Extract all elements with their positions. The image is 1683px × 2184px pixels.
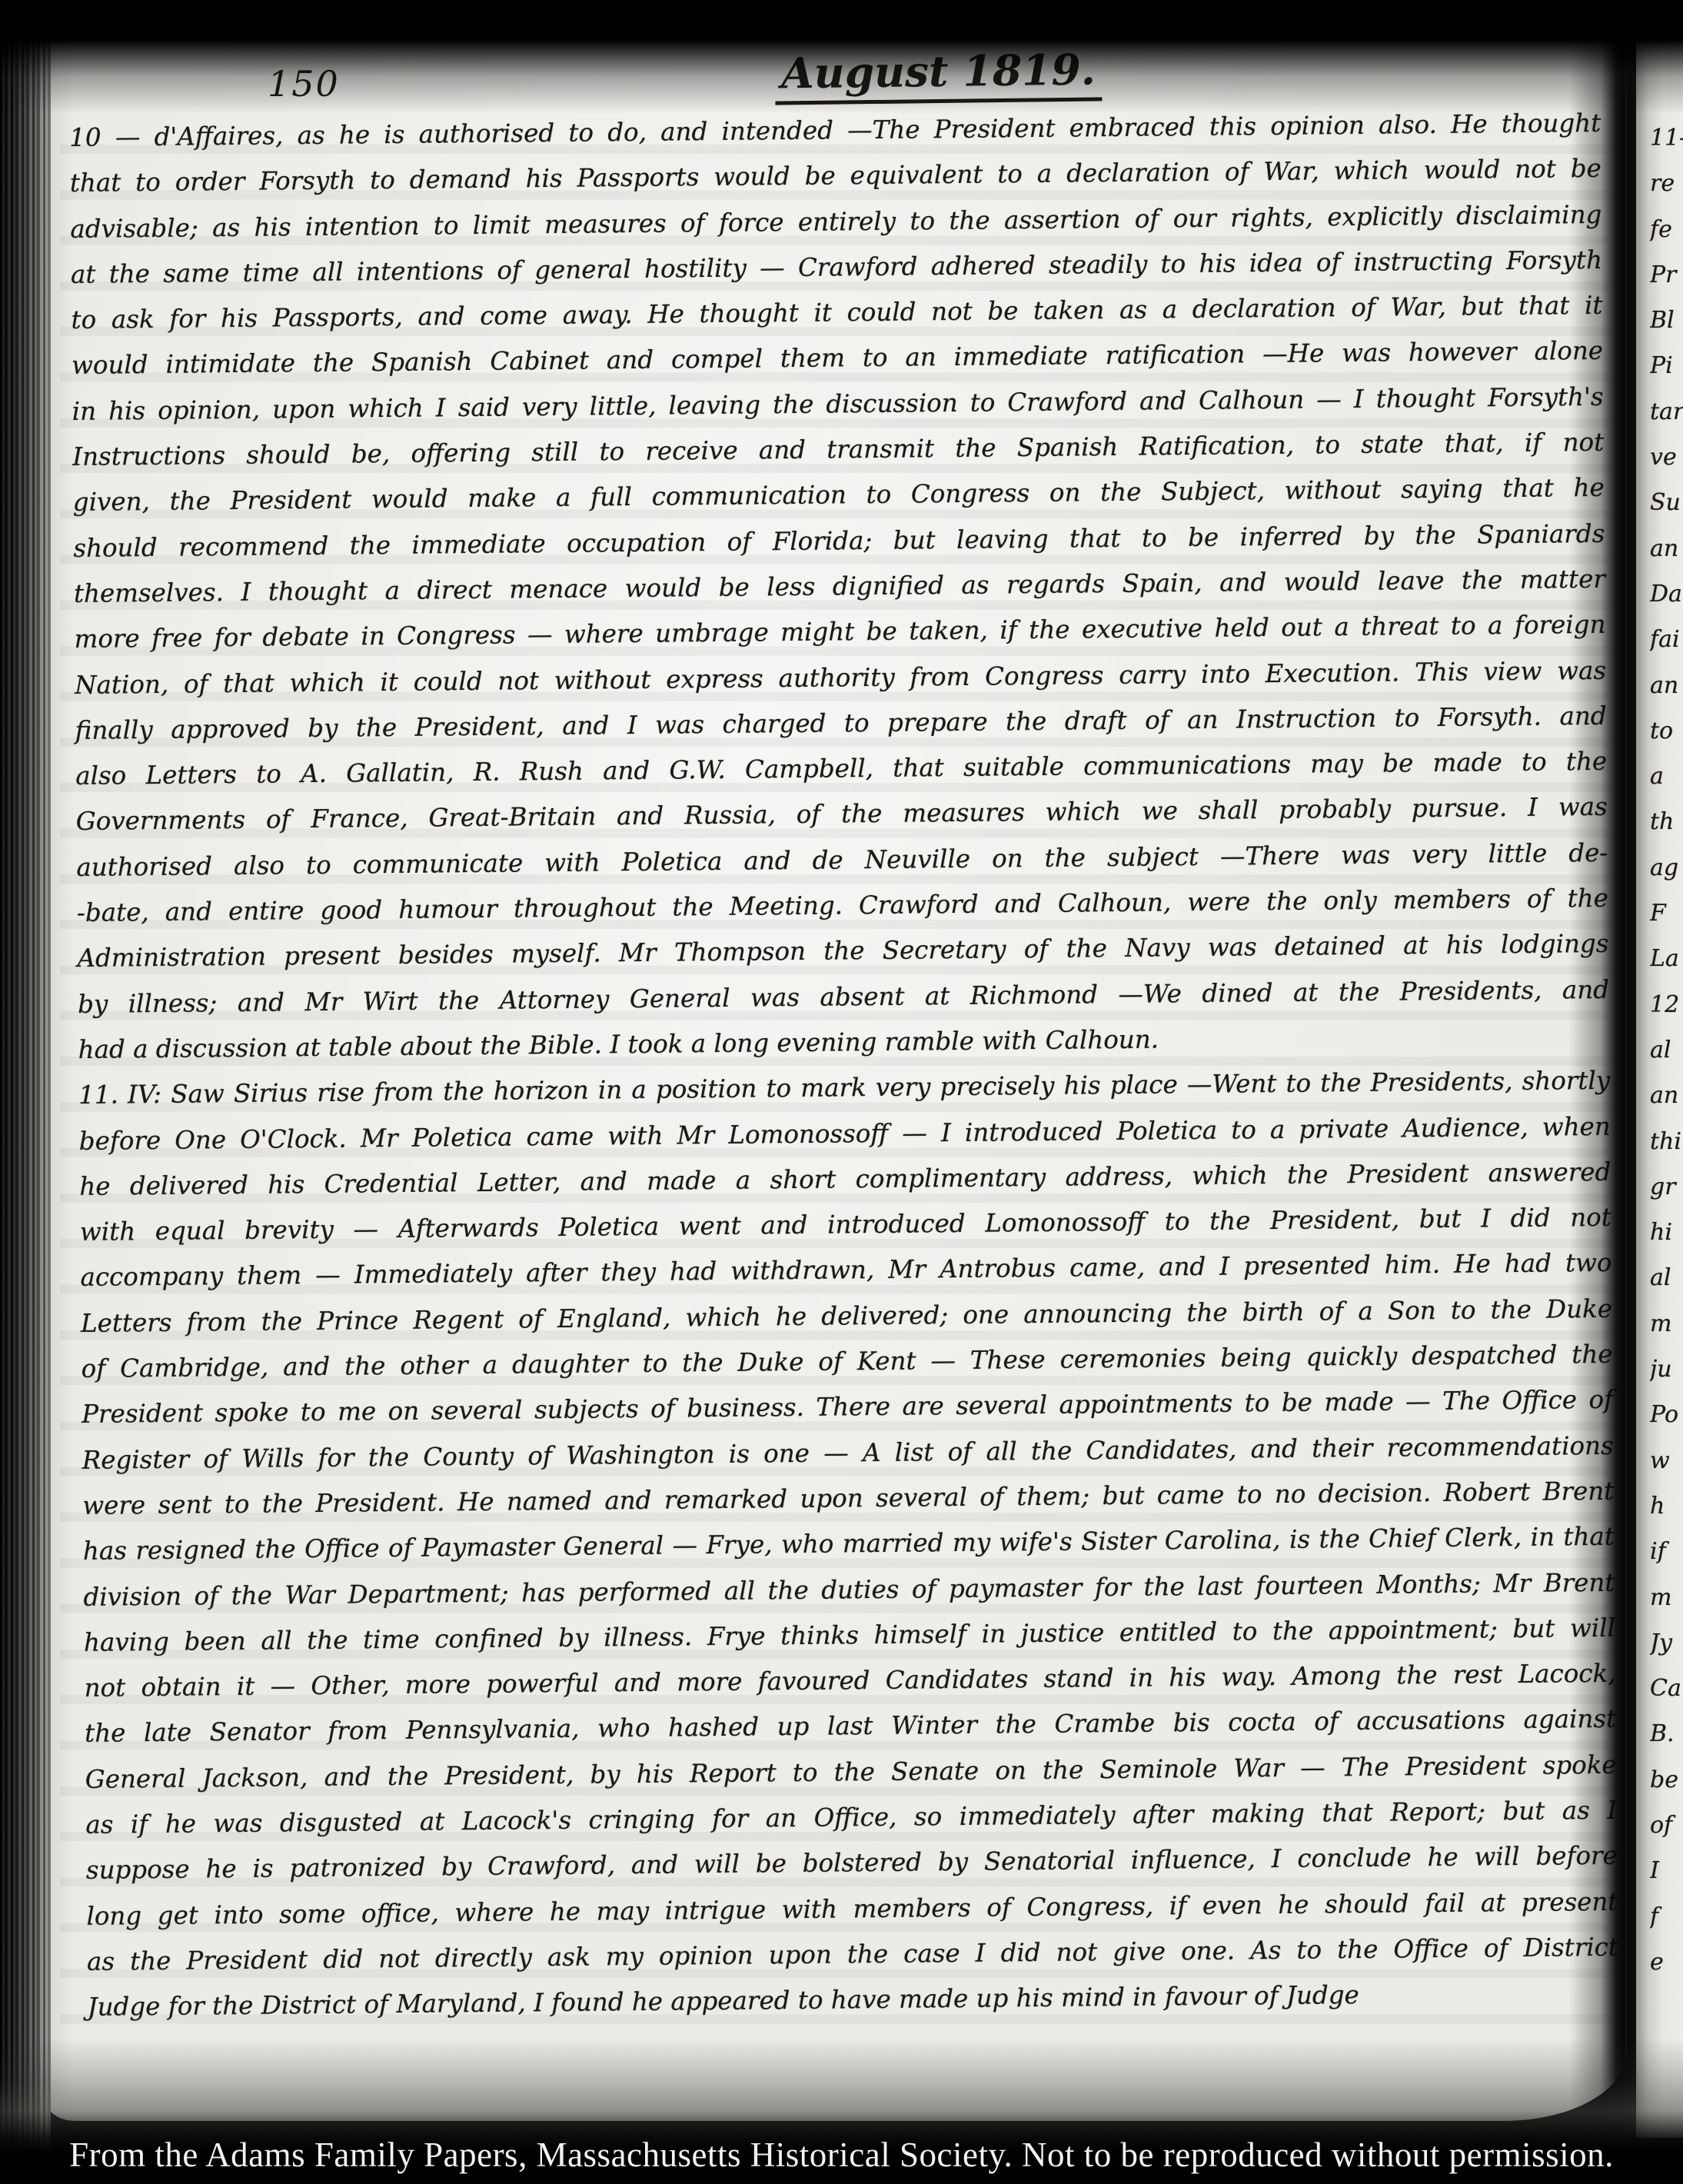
text-fragment: w: [1650, 1438, 1683, 1483]
text-fragment: to: [1650, 708, 1683, 754]
text-fragment: Po: [1650, 1392, 1683, 1437]
text-fragment: m: [1650, 1301, 1683, 1347]
text-fragment: m: [1650, 1575, 1683, 1620]
text-fragment: gr: [1650, 1164, 1683, 1210]
text-fragment: h: [1650, 1483, 1683, 1529]
text-fragment: tar: [1650, 389, 1683, 434]
text-fragment: ju: [1650, 1347, 1683, 1392]
text-fragment: F: [1650, 891, 1683, 936]
text-fragment: an: [1650, 526, 1683, 571]
text-fragment: e: [1650, 1939, 1683, 1985]
text-fragment: Bl: [1650, 298, 1683, 343]
text-fragment: a: [1650, 754, 1683, 799]
text-fragment: re: [1650, 161, 1683, 206]
text-fragment: f: [1650, 1894, 1683, 1939]
text-fragment: B.: [1650, 1711, 1683, 1756]
text-fragment: fai: [1650, 617, 1683, 662]
text-fragment: thi: [1650, 1119, 1683, 1164]
text-fragment: fe: [1650, 207, 1683, 252]
text-fragment: Pi: [1650, 343, 1683, 388]
text-fragment: 11-: [1650, 115, 1683, 161]
facing-page-text-fragments: 11-refePrBlPitarveSuanDafaiantoathagFLa1…: [1650, 115, 1683, 2030]
text-fragment: Su: [1650, 480, 1683, 525]
facing-page-edge: 11-refePrBlPitarveSuanDafaiantoathagFLa1…: [1636, 0, 1683, 2138]
text-fragment: I: [1650, 1848, 1683, 1893]
text-fragment: th: [1650, 799, 1683, 844]
text-fragment: of: [1650, 1803, 1683, 1848]
manuscript-page: 150 August 1819. 10 — d'Affaires, as he …: [45, 0, 1627, 2121]
book-binding-edge: [0, 0, 51, 2153]
text-fragment: if: [1650, 1529, 1683, 1574]
text-fragment: hi: [1650, 1210, 1683, 1255]
text-fragment: al: [1650, 1255, 1683, 1300]
text-fragment: an: [1650, 663, 1683, 708]
text-fragment: 12: [1650, 982, 1683, 1027]
text-fragment: Ca: [1650, 1666, 1683, 1711]
text-fragment: ve: [1650, 434, 1683, 480]
text-fragment: an: [1650, 1073, 1683, 1118]
archive-credit-line: From the Adams Family Papers, Massachuse…: [0, 2135, 1683, 2175]
text-fragment: Jy: [1650, 1620, 1683, 1666]
manuscript-scan: 150 August 1819. 10 — d'Affaires, as he …: [0, 0, 1683, 2184]
text-fragment: La: [1650, 936, 1683, 981]
diary-text: 10 — d'Affaires, as he is authorised to …: [69, 101, 1619, 2030]
text-fragment: ag: [1650, 845, 1683, 891]
text-fragment: Da: [1650, 571, 1683, 617]
page-number: 150: [268, 63, 340, 105]
date-heading: August 1819.: [775, 44, 1103, 105]
text-fragment: Pr: [1650, 252, 1683, 298]
text-fragment: be: [1650, 1757, 1683, 1803]
text-fragment: [1650, 1985, 1683, 2030]
text-fragment: al: [1650, 1027, 1683, 1073]
